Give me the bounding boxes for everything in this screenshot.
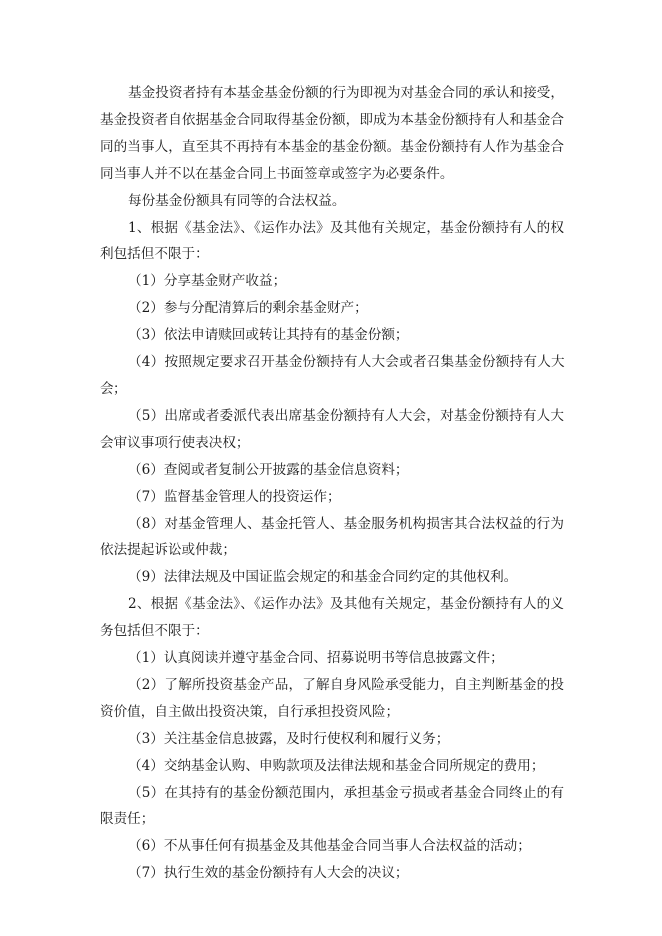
document-page: 基金投资者持有本基金基金份额的行为即视为对基金合同的承认和接受，基金投资者自依据… xyxy=(100,80,564,887)
obligations-item: （6）不从事任何有损基金及其他基金合同当事人合法权益的活动； xyxy=(100,833,564,860)
rights-item: （6）查阅或者复制公开披露的基金信息资料； xyxy=(100,457,564,484)
obligations-section: 2、根据《基金法》、《运作办法》及其他有关规定，基金份额持有人的义务包括但不限于… xyxy=(100,591,564,887)
obligations-item: （4）交纳基金认购、申购款项及法律法规和基金合同所规定的费用； xyxy=(100,753,564,780)
rights-item: （1）分享基金财产收益； xyxy=(100,268,564,295)
intro-paragraph: 基金投资者持有本基金基金份额的行为即视为对基金合同的承认和接受，基金投资者自依据… xyxy=(100,80,564,188)
rights-item: （7）监督基金管理人的投资运作； xyxy=(100,484,564,511)
equal-rights-paragraph: 每份基金份额具有同等的合法权益。 xyxy=(100,188,564,215)
obligations-heading: 2、根据《基金法》、《运作办法》及其他有关规定，基金份额持有人的义务包括但不限于… xyxy=(100,591,564,645)
obligations-item: （5）在其持有的基金份额范围内，承担基金亏损或者基金合同终止的有限责任； xyxy=(100,780,564,834)
rights-item: （4）按照规定要求召开基金份额持有人大会或者召集基金份额持有人大会； xyxy=(100,349,564,403)
rights-section: 1、根据《基金法》、《运作办法》及其他有关规定，基金份额持有人的权利包括但不限于… xyxy=(100,215,564,592)
obligations-item: （3）关注基金信息披露，及时行使权利和履行义务； xyxy=(100,726,564,753)
obligations-item: （1）认真阅读并遵守基金合同、招募说明书等信息披露文件； xyxy=(100,645,564,672)
rights-item: （2）参与分配清算后的剩余基金财产； xyxy=(100,295,564,322)
rights-item: （9）法律法规及中国证监会规定的和基金合同约定的其他权利。 xyxy=(100,564,564,591)
obligations-item: （2）了解所投资基金产品，了解自身风险承受能力，自主判断基金的投资价值，自主做出… xyxy=(100,672,564,726)
rights-item: （3）依法申请赎回或转让其持有的基金份额； xyxy=(100,322,564,349)
obligations-item: （7）执行生效的基金份额持有人大会的决议； xyxy=(100,860,564,887)
rights-item: （8）对基金管理人、基金托管人、基金服务机构损害其合法权益的行为依法提起诉讼或仲… xyxy=(100,511,564,565)
rights-item: （5）出席或者委派代表出席基金份额持有人大会，对基金份额持有人大会审议事项行使表… xyxy=(100,403,564,457)
rights-heading: 1、根据《基金法》、《运作办法》及其他有关规定，基金份额持有人的权利包括但不限于… xyxy=(100,215,564,269)
